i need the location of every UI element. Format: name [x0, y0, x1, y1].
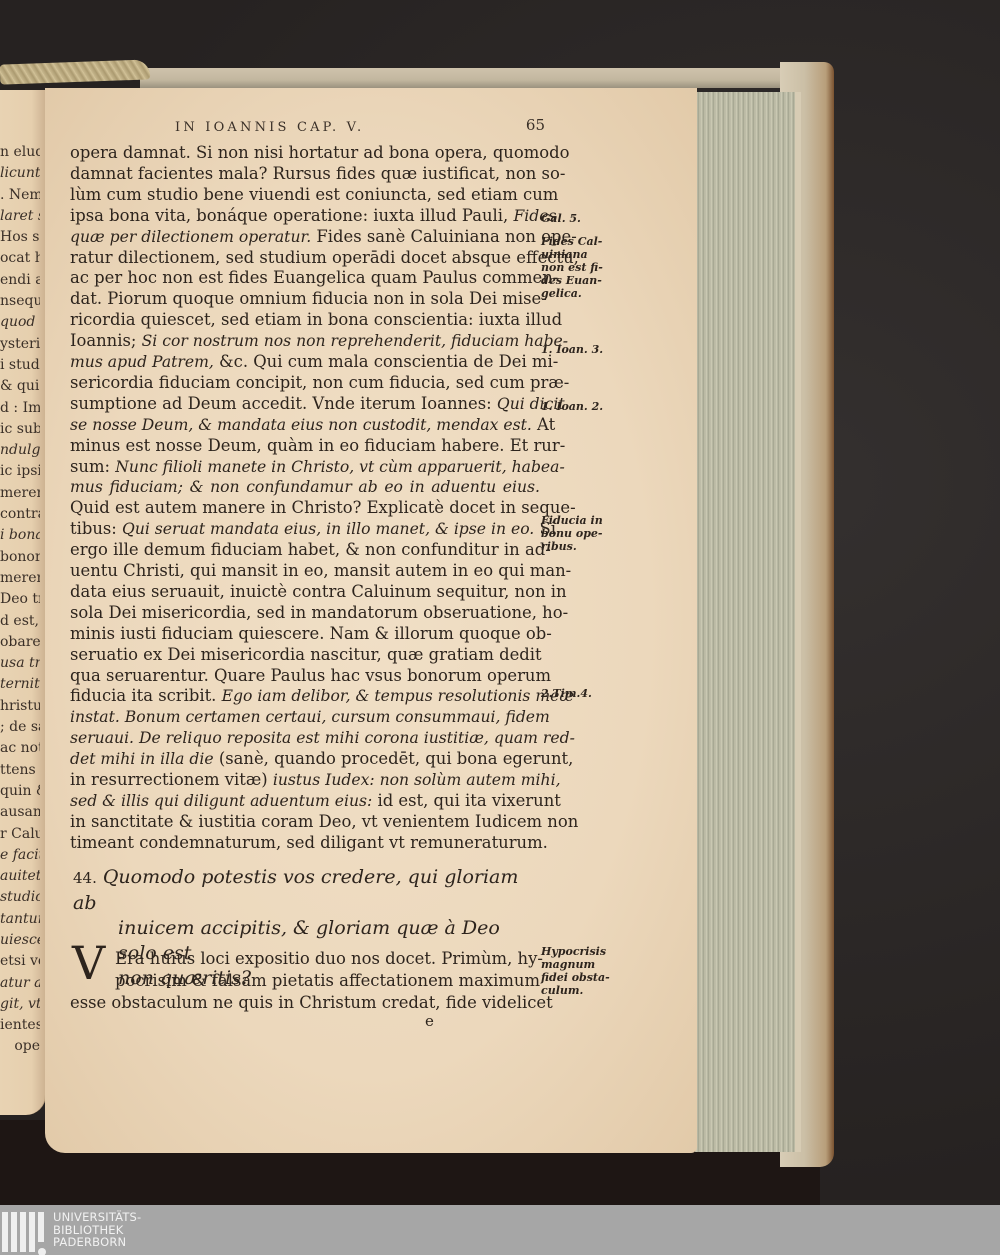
body-line: tibus: Qui seruat mandata eius, in illo …	[70, 518, 540, 540]
left-page-line: auitet au	[0, 866, 40, 887]
left-page-line: ic subiun-	[0, 419, 40, 440]
left-page-line: Hos se-	[0, 227, 40, 248]
left-page-line: obare con-	[0, 632, 40, 653]
logo-line-3: PADERBORN	[53, 1236, 141, 1249]
body-line: sericordia fiduciam concipit, non cum fi…	[70, 372, 540, 394]
left-page-line: tantum	[0, 909, 40, 930]
running-head: IN IOANNIS CAP. V. 65	[175, 120, 545, 140]
body-line: ricordia quiescet, sed etiam in bona con…	[70, 309, 540, 331]
margin-note: Gal. 5.	[541, 212, 631, 225]
left-page-line: git, vt	[0, 994, 40, 1015]
body-line: lùm cum studio bene viuendi est coniunct…	[70, 184, 540, 206]
left-page-line: e facit (	[0, 845, 40, 866]
left-page-line: nsequun-	[0, 291, 40, 312]
book-cover-top	[140, 68, 820, 88]
body-line: uentu Christi, qui mansit in eo, mansit …	[70, 560, 540, 582]
left-page-line: ternit. Iu	[0, 674, 40, 695]
body-line: mus apud Patrem, &c. Qui cum mala consci…	[70, 351, 540, 373]
body-line: det mihi in illa die (sanè, quando proce…	[70, 748, 540, 770]
body-line: damnat facientes mala? Rursus fides quæ …	[70, 163, 540, 185]
logo-line-1: UNIVERSITÄTS-	[53, 1211, 141, 1224]
left-page-line: laret sibi	[0, 206, 40, 227]
body-line: opera damnat. Si non nisi hortatur ad bo…	[70, 142, 540, 164]
left-page-line: n elude-	[0, 142, 40, 163]
margin-note: 1. Ioan. 2.	[541, 400, 631, 413]
left-page-line: . Nempe	[0, 185, 40, 206]
left-page-line: r Caluin	[0, 824, 40, 845]
left-page-line: ttens Chr	[0, 760, 40, 781]
left-page-line: usa tradi	[0, 653, 40, 674]
left-page-line: ope	[0, 1036, 40, 1057]
body-line: Ioannis; Si cor nostrum nos non reprehen…	[70, 330, 540, 352]
body-line: qua seruarentur. Quare Paulus hac vsus b…	[70, 665, 540, 687]
left-page-line: ic ipsi se-	[0, 461, 40, 482]
left-page-text: n elude-licuntur,. Nempelaret sibiHos se…	[0, 142, 40, 1058]
left-page-line: ac nota	[0, 738, 40, 759]
left-page-line: ysterium,	[0, 334, 40, 355]
left-page-line: endi affi-	[0, 270, 40, 291]
library-footer: UNIVERSITÄTS- BIBLIOTHEK PADERBORN	[0, 1205, 1000, 1255]
left-page-line: ientes b	[0, 1015, 40, 1036]
body-line: ipsa bona vita, bonáque operatione: iuxt…	[70, 205, 540, 227]
section-number: 44.	[73, 869, 97, 887]
left-page-line: studio b	[0, 887, 40, 908]
left-page-line: ausam quo	[0, 802, 40, 823]
left-page-line: quin & ha	[0, 781, 40, 802]
margin-note: Fides Cal-uiniananon est fi-des Euan-gel…	[541, 235, 631, 300]
body-line: quæ per dilectionem operatur. Fides sanè…	[70, 226, 540, 248]
signature-mark: e	[425, 1012, 434, 1030]
drop-cap: V	[72, 940, 105, 986]
left-page: n elude-licuntur,. Nempelaret sibiHos se…	[0, 90, 46, 1115]
body-line: timeant condemnaturum, sed diligant vt r…	[70, 832, 540, 854]
left-page-line: Deo tri-	[0, 589, 40, 610]
body-line: seruatio ex Dei misericordia nascitur, q…	[70, 644, 540, 666]
body-line: ergo ille demum fiduciam habet, & non co…	[70, 539, 540, 561]
body-line: sumptione ad Deum accedit. Vnde iterum I…	[70, 393, 540, 415]
body-line: seruaui. De reliquo reposita est mihi co…	[70, 727, 540, 749]
body-line: sum: Nunc filioli manete in Christo, vt …	[70, 456, 540, 478]
left-page-line: etsi ve	[0, 951, 40, 972]
left-page-line: ; de salu	[0, 717, 40, 738]
body-line: Quid est autem manere in Christo? Explic…	[70, 497, 540, 519]
left-page-line: & qui in	[0, 376, 40, 397]
body-line: data eius seruauit, inuictè contra Calui…	[70, 581, 540, 603]
left-page-line: contra hic	[0, 504, 40, 525]
exposition-line-3: esse obstaculum ne quis in Christum cred…	[70, 992, 540, 1014]
exposition-line-1: Era huius loci expositio duo nos docet. …	[115, 948, 540, 970]
left-page-line: ndulgentia	[0, 440, 40, 461]
page-edges	[695, 92, 801, 1152]
body-line: instat. Bonum certamen certaui, cursum c…	[70, 706, 540, 728]
left-page-line: licuntur,	[0, 163, 40, 184]
left-page-line: d est, dam-	[0, 611, 40, 632]
body-line: dat. Piorum quoque omnium fiducia non in…	[70, 288, 540, 310]
body-line: sed & illis qui diligunt aduentum eius: …	[70, 790, 540, 812]
body-line: minis iusti fiduciam quiescere. Nam & il…	[70, 623, 540, 645]
left-page-line: i studium	[0, 355, 40, 376]
left-page-line: uiescere	[0, 930, 40, 951]
section-line-1: Quomodo potestis vos credere, qui gloria…	[73, 866, 518, 914]
left-page-line: ocat hic	[0, 248, 40, 269]
exposition-line-2: pocrisim & falsam pietatis affectationem…	[115, 970, 540, 992]
left-page-line: d : Impiu	[0, 398, 40, 419]
margin-note: 2.Tim.4.	[541, 687, 631, 700]
left-page-line: bonorum	[0, 547, 40, 568]
left-page-line: merentur	[0, 483, 40, 504]
body-line: in resurrectionem vitæ) iustus Iudex: no…	[70, 769, 540, 791]
left-page-line: atur ad	[0, 973, 40, 994]
library-logo-icon	[2, 1212, 47, 1255]
body-line: minus est nosse Deum, quàm in eo fiducia…	[70, 435, 540, 457]
left-page-line: merentur,	[0, 568, 40, 589]
body-line: fiducia ita scribit. Ego iam delibor, & …	[70, 685, 540, 707]
body-line: ratur dilectionem, sed studium operādi d…	[70, 247, 540, 269]
body-line: sola Dei misericordia, sed in mandatorum…	[70, 602, 540, 624]
left-page-line: hristus &	[0, 696, 40, 717]
body-line: mus fiduciam; & non confundamur ab eo in…	[70, 476, 540, 498]
body-line: ac per hoc non est fides Euangelica quam…	[70, 267, 540, 289]
running-head-title: IN IOANNIS CAP. V.	[175, 120, 364, 135]
body-line: se nosse Deum, & mandata eius non custod…	[70, 414, 540, 436]
body-line: in sanctitate & iustitia coram Deo, vt v…	[70, 811, 540, 833]
left-page-line: i bona o-	[0, 525, 40, 546]
margin-note: Hypocrisismagnumfidei obsta-culum.	[541, 945, 631, 997]
margin-note: Fiducia inbonu ope-ribus.	[541, 514, 631, 553]
left-page-line: quod vob	[0, 312, 40, 333]
page-number: 65	[526, 116, 545, 134]
library-logo-text: UNIVERSITÄTS- BIBLIOTHEK PADERBORN	[53, 1211, 141, 1249]
margin-note: 1. Ioan. 3.	[541, 343, 631, 356]
